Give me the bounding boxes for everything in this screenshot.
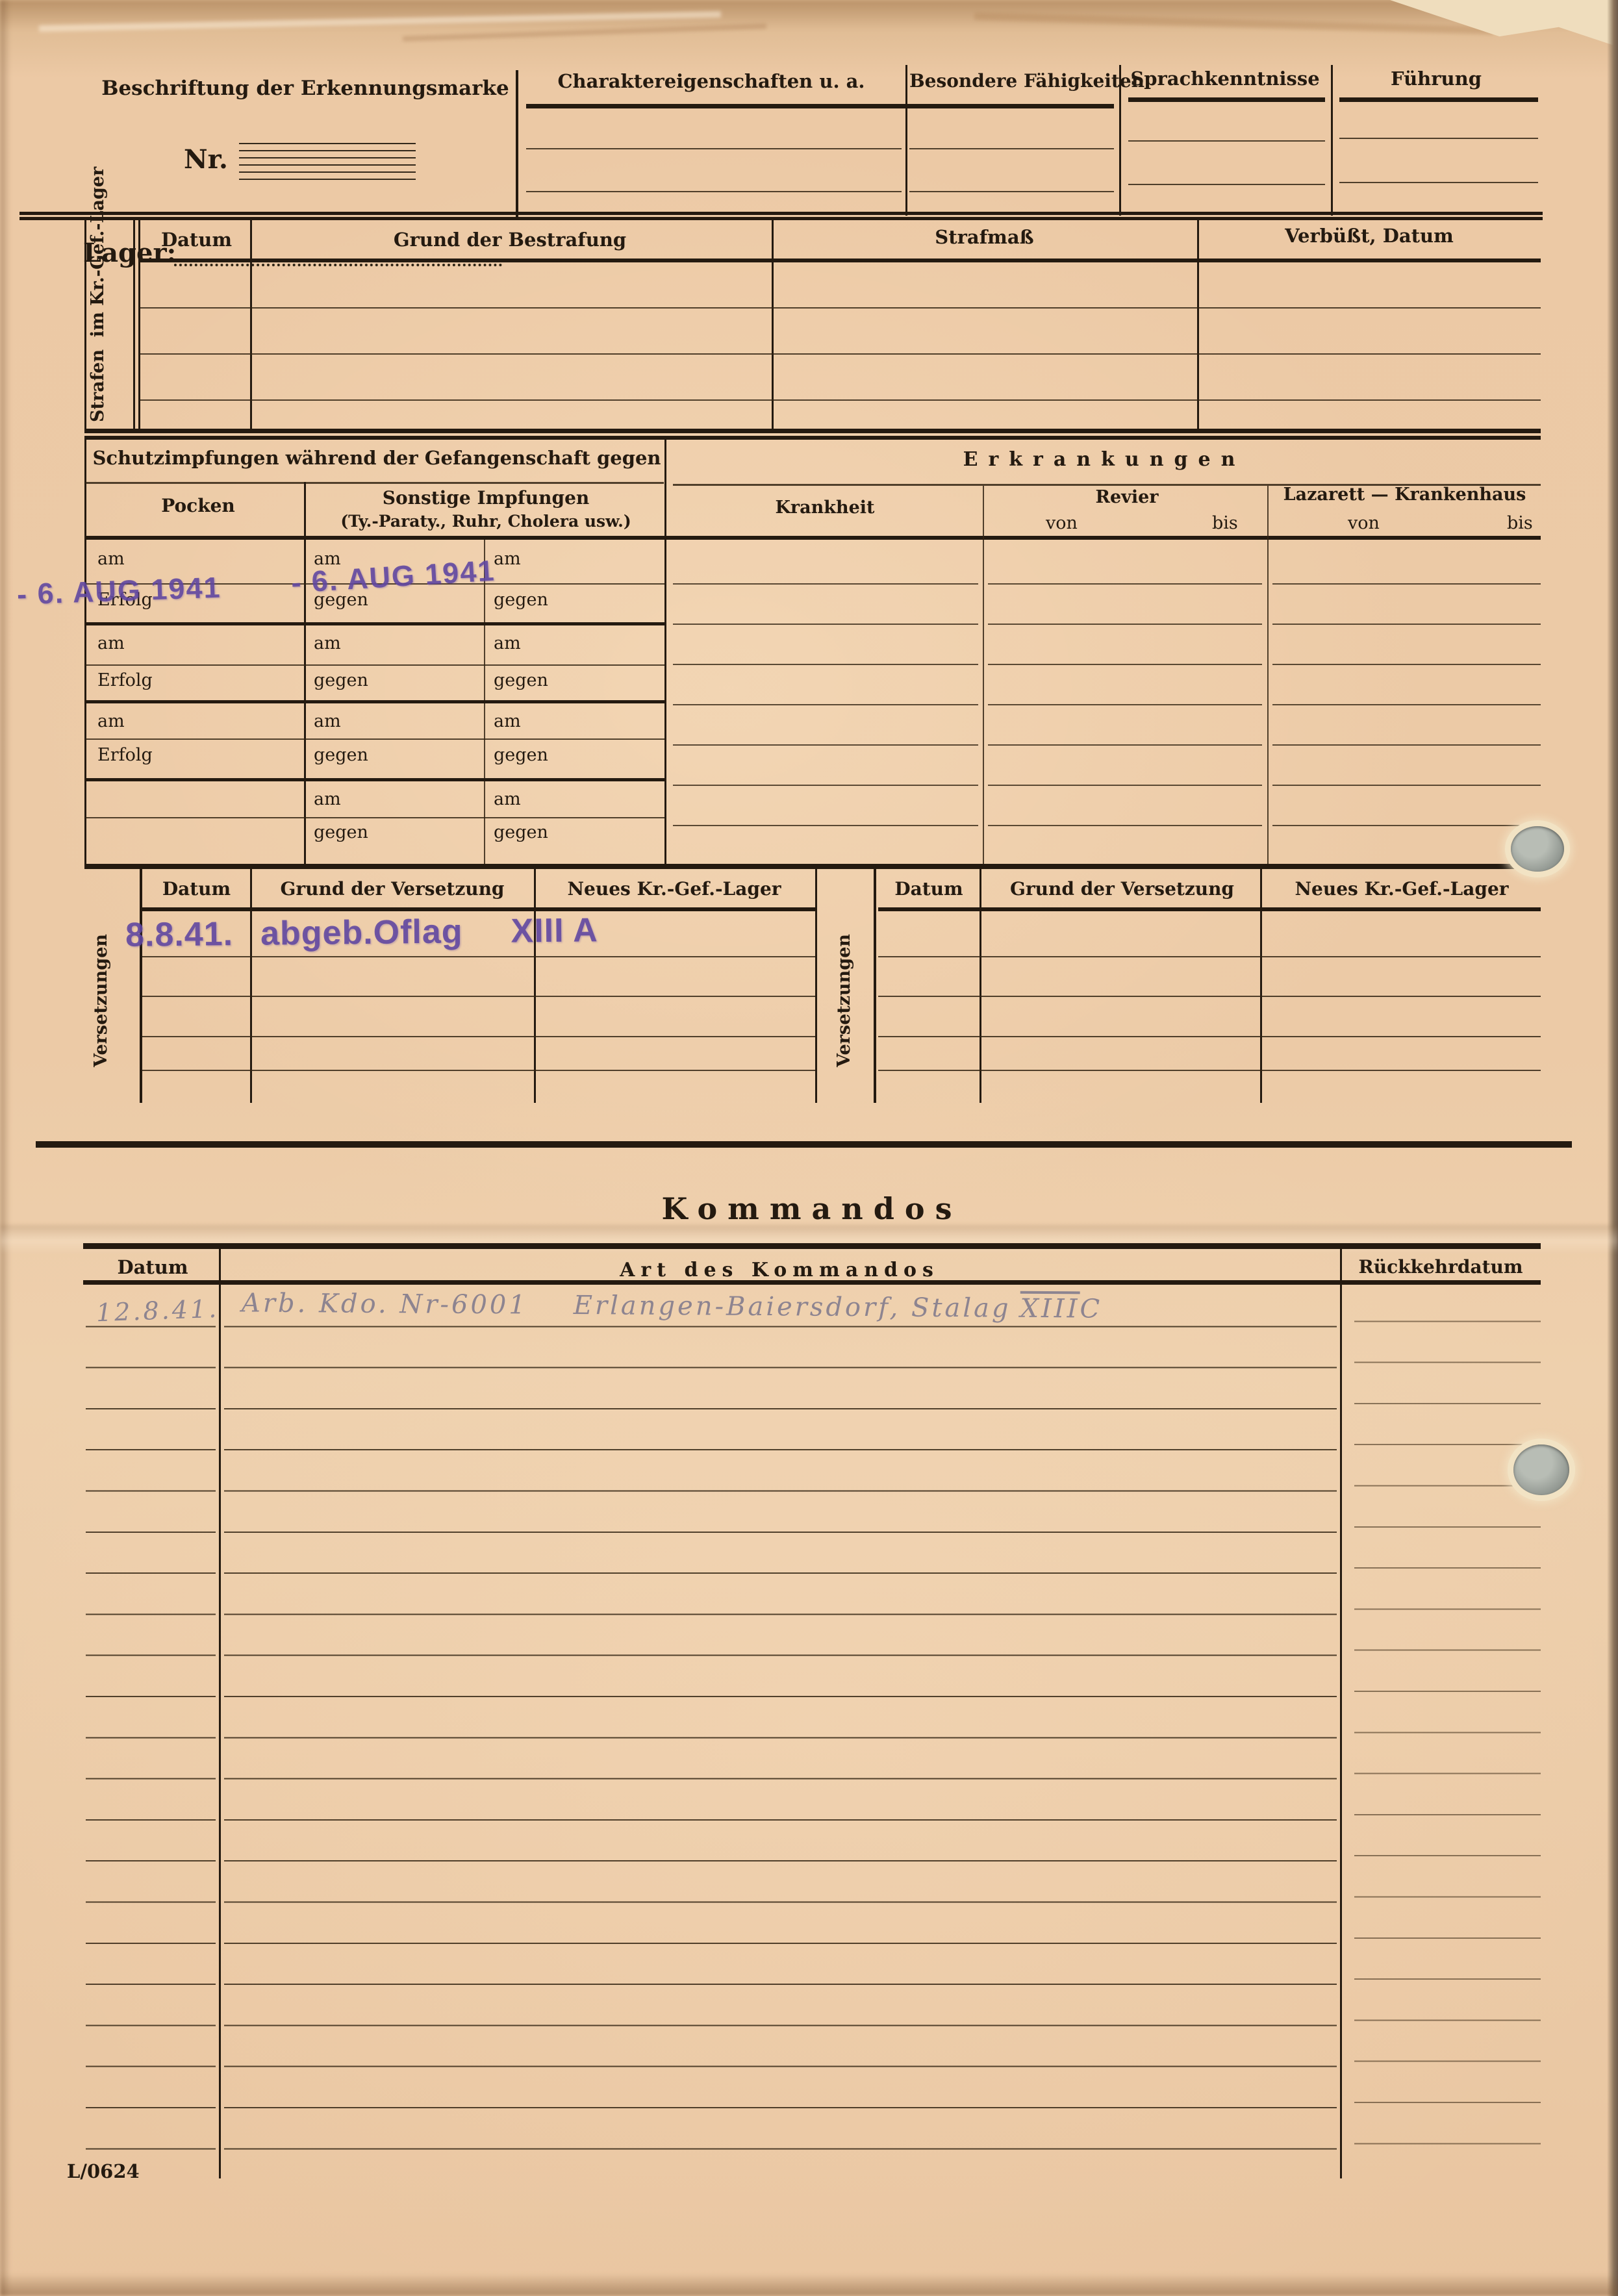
kommando-place: Erlangen-Baiersdorf, Stalag [574,1291,1011,1324]
rule-line [1128,140,1325,142]
rule-line [1339,138,1538,139]
rule-line [526,148,902,149]
gegen-label: gegen [314,822,368,842]
versetzungen-side-label: Versetzungen [834,903,854,1098]
rule-line [140,869,142,1103]
rule-line [140,353,1541,355]
transfer-stamp: 8.8.41. abgeb.Oflag XIII A [125,911,598,955]
rule-line [84,436,1541,440]
rule-line [516,70,518,218]
krankheit-header: Krankheit [689,498,961,518]
column-header: Neues Kr.-Gef.-Lager [538,878,811,900]
column-header: Datum [149,229,244,251]
right-edge-shadow [1607,0,1618,2296]
lazarett-header: Lazarett — Krankenhaus [1273,485,1536,505]
column-header: Sprachkenntnisse [1124,68,1326,90]
am-label: am [494,711,521,731]
rule-line [142,1036,815,1037]
rule-line [1339,182,1538,183]
rule-line [86,482,664,484]
gegen-label: gegen [314,745,368,765]
kommando-entry-date: 12.8.41. [95,1294,220,1328]
rule-line [905,65,907,216]
am-label: am [97,711,125,731]
rule-line [1267,486,1269,864]
sonstige-header-line1: Sonstige Impfungen [310,487,661,509]
punch-hole [1513,1444,1569,1495]
kommandos-title: Kommandos [520,1191,1104,1226]
pow-record-card: Beschriftung der Erkennungsmarke Nr. Lag… [0,0,1618,2296]
rule-line [878,1036,1541,1037]
am-label: am [494,633,521,653]
rule-line [84,436,86,864]
am-label: am [97,633,125,653]
column-header: Datum [146,878,247,900]
kommando-camp-letter: C [1080,1294,1102,1324]
column-header: Charaktereigenschaften u. a. [526,70,896,92]
column-header: Datum [878,878,980,900]
rule-line [86,738,664,740]
ruled-rows [1272,544,1541,827]
column-header: Art des Kommandos [325,1259,1234,1281]
rule-line [142,907,815,911]
rule-line [140,259,1541,262]
rule-line [142,956,815,957]
impfungen-title: Schutzimpfungen während der Gefangenscha… [91,447,663,469]
fold-crease [0,1225,1618,1254]
rule-line [815,869,817,1103]
rule-line [84,536,1541,540]
ruled-rows [988,544,1262,827]
kommando-entry-text: Arb. Kdo. Nr-6001 Erlangen-Baiersdorf, S… [242,1288,1102,1324]
rule-line [909,148,1114,149]
left-edge-shadow [0,0,10,2296]
strafen-side-label: Strafen im Kr.-Gef.-Lager [87,227,109,422]
am-label: am [314,711,341,731]
pocken-header: Pocken [97,495,299,516]
transfer-stamp-text: abgeb.Oflag [260,912,463,953]
revier-header: Revier [1013,487,1241,507]
rule-line [534,869,536,1103]
rule-line [874,869,876,1103]
rule-line [83,1243,1541,1249]
revier-bis-label: bis [1212,513,1238,533]
nr-ruled-lines [239,143,416,184]
column-header: Grund der Versetzung [255,878,530,900]
rule-line [140,399,1541,401]
rule-line [878,956,1541,957]
strafen-side-label-line2: im Kr.-Gef.-Lager [88,167,108,337]
nr-label: Nr. [184,144,228,175]
am-label: am [97,549,125,569]
ruled-rows [224,1286,1337,2150]
rule-line [983,486,984,864]
vaccination-date-stamp: - 6. AUG 1941 [16,571,221,612]
rule-line [133,217,135,433]
spacer [528,1290,574,1320]
versetzungen-side-label: Versetzungen [91,903,111,1098]
lazarett-bis-label: bis [1507,513,1533,533]
rule-line [19,217,1543,220]
rule-line [19,212,1543,215]
column-header: Grund der Versetzung [984,878,1260,900]
rule-line [84,864,1541,869]
rule-line [878,996,1541,997]
rule-line [86,664,664,666]
erkrankungen-title: Erkrankungen [844,448,1364,471]
erfolg-label: Erfolg [97,745,153,765]
rule-line [219,1243,221,2178]
rule-line [36,1141,1572,1148]
spacer [1011,1294,1020,1324]
rule-line [664,436,666,864]
column-header: Grund der Bestrafung [257,229,763,251]
ruled-rows [1354,1281,1541,2145]
column-header: Datum [91,1256,214,1278]
rule-line [980,869,981,1103]
erfolg-label: Erfolg [97,670,153,690]
rule-line [86,700,664,703]
am-label: am [314,633,341,653]
transfer-stamp-date: 8.8.41. [125,915,234,955]
rule-line [1331,65,1333,216]
rule-line [84,217,86,433]
ruled-rows [86,1286,216,2150]
rule-line [1260,869,1262,1103]
rule-line [909,191,1114,192]
am-label: am [314,789,341,809]
gegen-label: gegen [494,745,548,765]
beschriftung-label: Beschriftung der Erkennungsmarke [97,77,513,100]
gegen-label: gegen [494,670,548,690]
gegen-label: gegen [494,822,548,842]
gegen-label: gegen [314,670,368,690]
rule-line [878,1070,1541,1071]
column-header: Besondere Fähigkeiten [909,70,1115,92]
rule-line [1339,97,1538,102]
rule-line [142,996,815,997]
rule-line [83,1280,1541,1285]
sonstige-header-line2: (Ty.-Paraty., Ruhr, Cholera usw.) [308,512,664,531]
ruled-rows [673,544,978,827]
rule-line [878,907,1541,911]
bottom-edge-shadow [0,2273,1618,2296]
column-header: Führung [1337,68,1536,90]
transfer-stamp-camp: XIII A [511,911,598,950]
column-header: Strafmaß [778,226,1191,248]
rule-line [140,307,1541,309]
rule-line [526,104,1114,108]
rule-line [142,1070,815,1071]
column-header: Rückkehrdatum [1345,1256,1537,1278]
rule-line [1340,1243,1342,2178]
am-label: am [494,549,521,569]
rule-line [526,191,902,192]
rule-line [86,622,664,625]
kommando-unit: Arb. Kdo. Nr-6001 [242,1288,528,1320]
rule-line [86,778,664,781]
strafen-side-label-line1: Strafen [88,349,108,422]
spacer [462,912,511,952]
am-label: am [494,789,521,809]
punch-hole [1511,826,1564,872]
rule-line [86,817,664,818]
spacer [233,915,261,953]
column-header: Verbüßt, Datum [1204,225,1535,247]
rule-line [250,869,252,1103]
gegen-label: gegen [494,590,548,610]
rule-line [1128,97,1325,102]
rule-line [1128,184,1325,185]
rule-line [1119,65,1121,216]
form-code: L/0624 [67,2160,140,2182]
kommando-camp-number: XIII [1020,1294,1080,1324]
lazarett-von-label: von [1348,513,1380,533]
rule-line [304,482,306,865]
revier-von-label: von [1046,513,1078,533]
column-header: Neues Kr.-Gef.-Lager [1265,878,1538,900]
rule-line [84,429,1541,433]
